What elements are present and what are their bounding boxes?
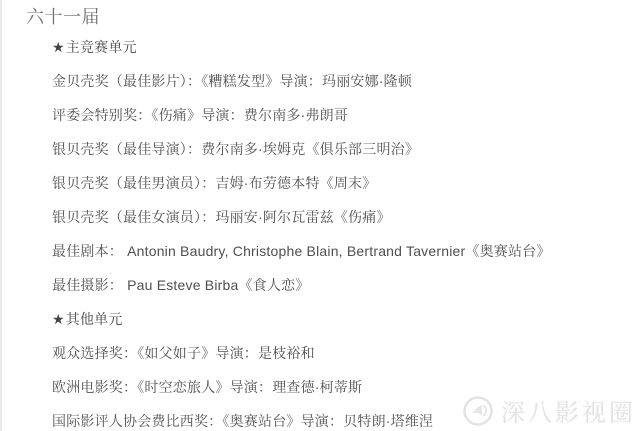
watermark-label: 深八影视圈 — [501, 393, 636, 428]
award-line-audience-choice: 观众选择奖：《如父如子》导演：是枝裕和 — [52, 336, 640, 370]
award-line-golden-shell: 金贝壳奖（最佳影片）：《糟糕发型》导演：玛丽安娜·隆顿 — [52, 64, 640, 98]
section-heading-label: 主竞赛单元 — [66, 37, 137, 57]
award-line-best-actress: 银贝壳奖（最佳女演员）：玛丽安·阿尔瓦雷兹《伤痛》 — [52, 200, 640, 234]
page-title: 六十一届 — [26, 6, 640, 28]
section-heading-main-competition: ★主竞赛单元 — [52, 30, 640, 64]
star-icon: ★ — [52, 39, 65, 56]
award-line-special-jury: 评委会特别奖：《伤痛》导演：费尔南多·弗朗哥 — [52, 98, 640, 132]
watermark: 深八影视圈 — [461, 393, 636, 428]
award-line-best-cinematography: 最佳摄影： Pau Esteve Birba《食人恋》 — [52, 268, 640, 302]
section-heading-label: 其他单元 — [66, 309, 123, 329]
section-heading-other-units: ★其他单元 — [52, 302, 640, 336]
award-line-best-screenplay: 最佳剧本： Antonin Baudry, Christophe Blain, … — [52, 234, 640, 268]
award-line-best-director: 银贝壳奖（最佳导演）：费尔南多·埃姆克《俱乐部三明治》 — [52, 132, 640, 166]
award-line-best-actor: 银贝壳奖（最佳男演员）：吉姆·布劳德本特《周末》 — [52, 166, 640, 200]
article-page: 六十一届 ★主竞赛单元 金贝壳奖（最佳影片）：《糟糕发型》导演：玛丽安娜·隆顿 … — [0, 0, 640, 431]
megaphone-icon — [461, 394, 495, 428]
award-list: ★主竞赛单元 金贝壳奖（最佳影片）：《糟糕发型》导演：玛丽安娜·隆顿 评委会特别… — [52, 30, 640, 431]
star-icon: ★ — [52, 311, 65, 328]
